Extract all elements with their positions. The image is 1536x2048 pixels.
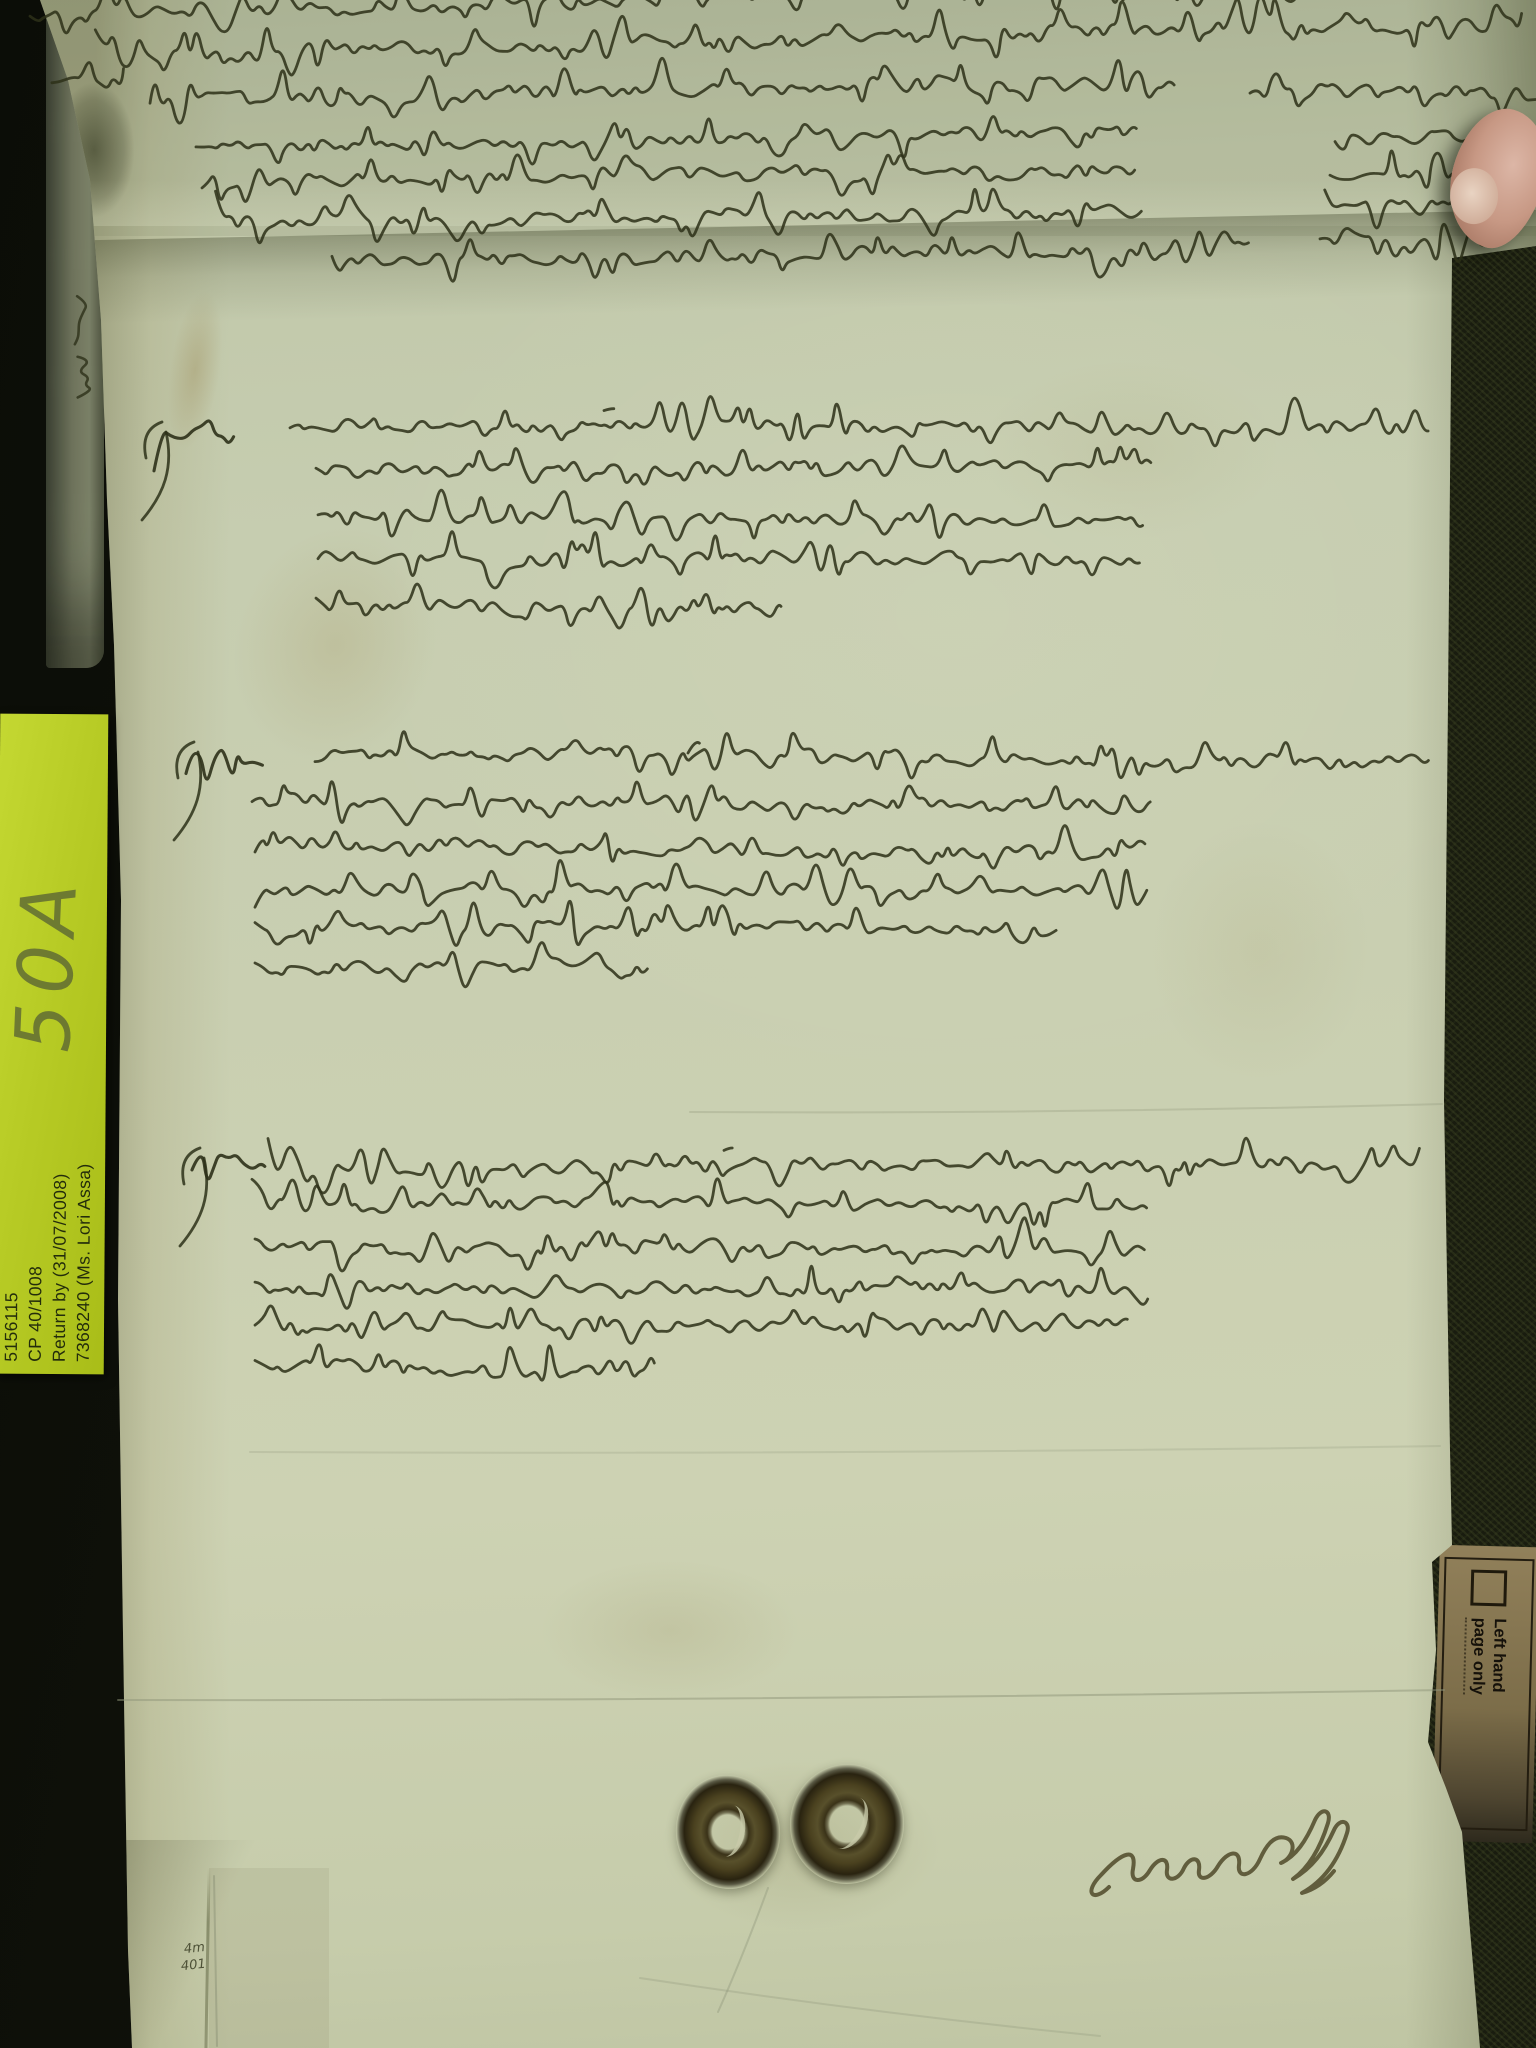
membrane-number-lower: 401 [180,1957,206,1975]
script-line-entry-1 [318,490,1143,540]
script-line-entry-2 [688,742,699,753]
seal-hole-highlight [821,1791,875,1855]
script-line-entry-3 [255,1345,654,1380]
script-line-top-edge-lines [51,62,123,89]
script-line-top-edge-lines [149,47,1174,124]
script-line-upper-entry [202,145,1135,205]
parchment-crease [118,1690,1444,1700]
archive-sticky-note: 5156115 CP 40/1008 Return by (31/07/2008… [0,714,108,1375]
script-line-entry-1 [290,396,1428,445]
script-line-entry-3 [255,1266,1148,1308]
script-line-entry-2 [255,826,1145,869]
photograph-of-plea-roll-page: Left hand page only 4m 401 5156115 CP 40… [0,0,1536,2048]
parchment-crease [690,1104,1442,1112]
script-line-entry-1 [318,532,1139,588]
script-line-entry-2 [255,943,647,987]
fingernail [1449,167,1499,225]
script-line-entry-3 [724,1148,732,1150]
script-line-top-edge-lines [95,0,1522,79]
script-line-entry-3 [255,1218,1144,1271]
seal-hole-highlight [709,1802,750,1859]
script-line-entry-2 [315,732,1428,778]
margin-mark [154,421,234,471]
parchment-crease [640,1978,1100,2036]
script-line-entry-3 [252,1179,1147,1227]
parchment-crease [250,1446,1440,1453]
script-line-entry-2 [255,861,1147,909]
sticky-note-content: 5156115 CP 40/1008 Return by (31/07/2008… [0,720,105,1369]
script-line-upper-entry [332,227,1249,289]
roll-edge-mark [71,355,93,397]
script-line-entry-3 [255,1306,1127,1343]
script-line-entry-1 [316,584,781,628]
script-line-entry-1 [316,446,1151,484]
roll-edge-mark [65,295,93,344]
margin-mark-hook [183,1148,200,1184]
script-line-entry-2 [252,782,1150,825]
script-line-entry-2 [255,901,1056,945]
membrane-number-upper: 4m [183,1940,205,1957]
script-line-entry-3 [268,1138,1419,1193]
clerk-signature [1091,1811,1347,1895]
manuscript-ink-layer [0,0,1536,2048]
script-line-top-edge-lines [29,0,1526,38]
script-line-upper-entry [196,112,1137,169]
parchment-crease [214,1876,217,2046]
script-line-upper-entry [216,177,1142,247]
script-line-entry-1 [604,409,614,411]
sticky-handwritten-number: 50A [0,871,94,1053]
